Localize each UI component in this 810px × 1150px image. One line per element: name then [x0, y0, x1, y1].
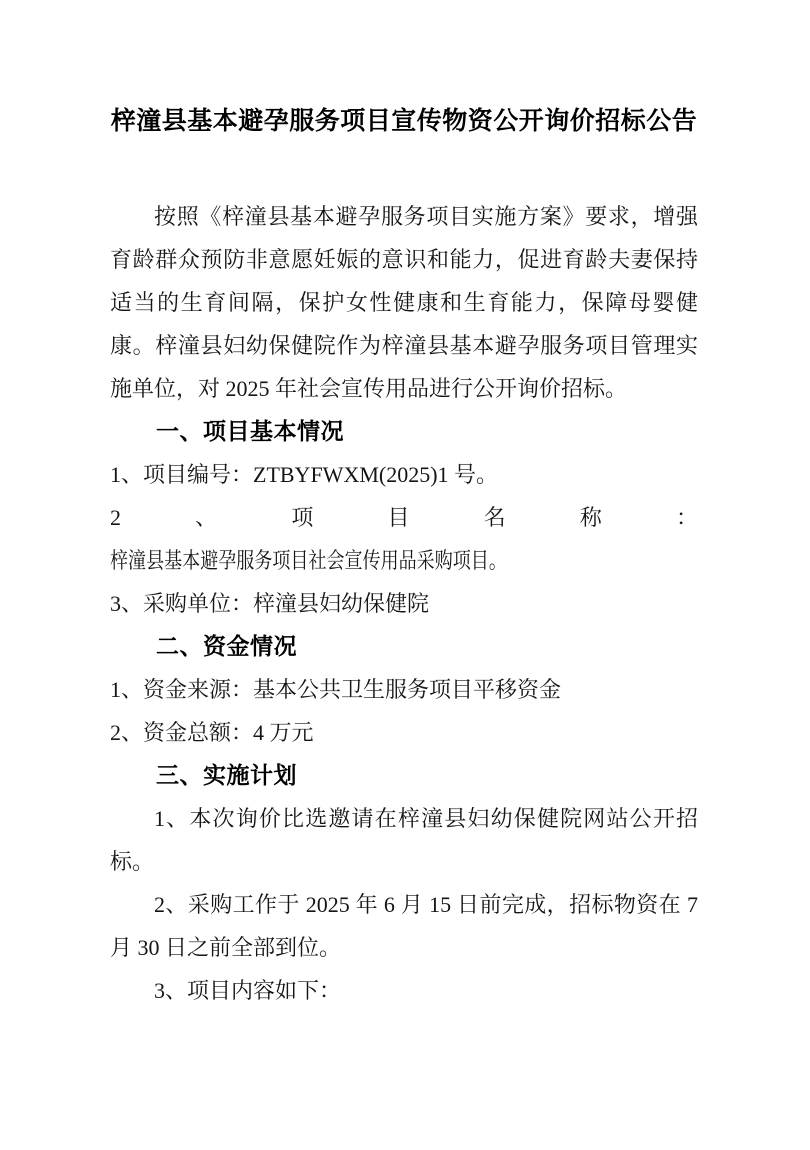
item-purchasing-unit: 3、采购单位：梓潼县妇幼保健院	[110, 582, 698, 625]
item-project-name-label: 2、项目名称：	[110, 505, 698, 530]
document-page: 梓潼县基本避孕服务项目宣传物资公开询价招标公告 按照《梓潼县基本避孕服务项目实施…	[0, 0, 810, 1150]
document-title: 梓潼县基本避孕服务项目宣传物资公开询价招标公告	[110, 103, 698, 140]
item-project-name-value: 梓潼县基本避孕服务项目社会宣传用品采购项目。	[110, 539, 507, 582]
item-funding-source: 1、资金来源：基本公共卫生服务项目平移资金	[110, 668, 698, 711]
item-funding-total: 2、资金总额：4 万元	[110, 711, 698, 754]
item-project-number: 1、项目编号：ZTBYFWXM(2025)1 号。	[110, 453, 698, 496]
item-plan-schedule: 2、采购工作于 2025 年 6 月 15 日前完成，招标物资在 7 月 30 …	[110, 883, 698, 969]
intro-paragraph: 按照《梓潼县基本避孕服务项目实施方案》要求，增强育龄群众预防非意愿妊娠的意识和能…	[110, 195, 698, 410]
item-plan-invite: 1、本次询价比选邀请在梓潼县妇幼保健院网站公开招标。	[110, 797, 698, 883]
item-plan-content-intro: 3、项目内容如下：	[110, 969, 698, 1012]
item-project-name: 2、项目名称：梓潼县基本避孕服务项目社会宣传用品采购项目。	[110, 496, 698, 582]
section-heading-funding: 二、资金情况	[110, 625, 698, 668]
section-heading-project-basics: 一、项目基本情况	[110, 410, 698, 453]
section-heading-implementation-plan: 三、实施计划	[110, 754, 698, 797]
